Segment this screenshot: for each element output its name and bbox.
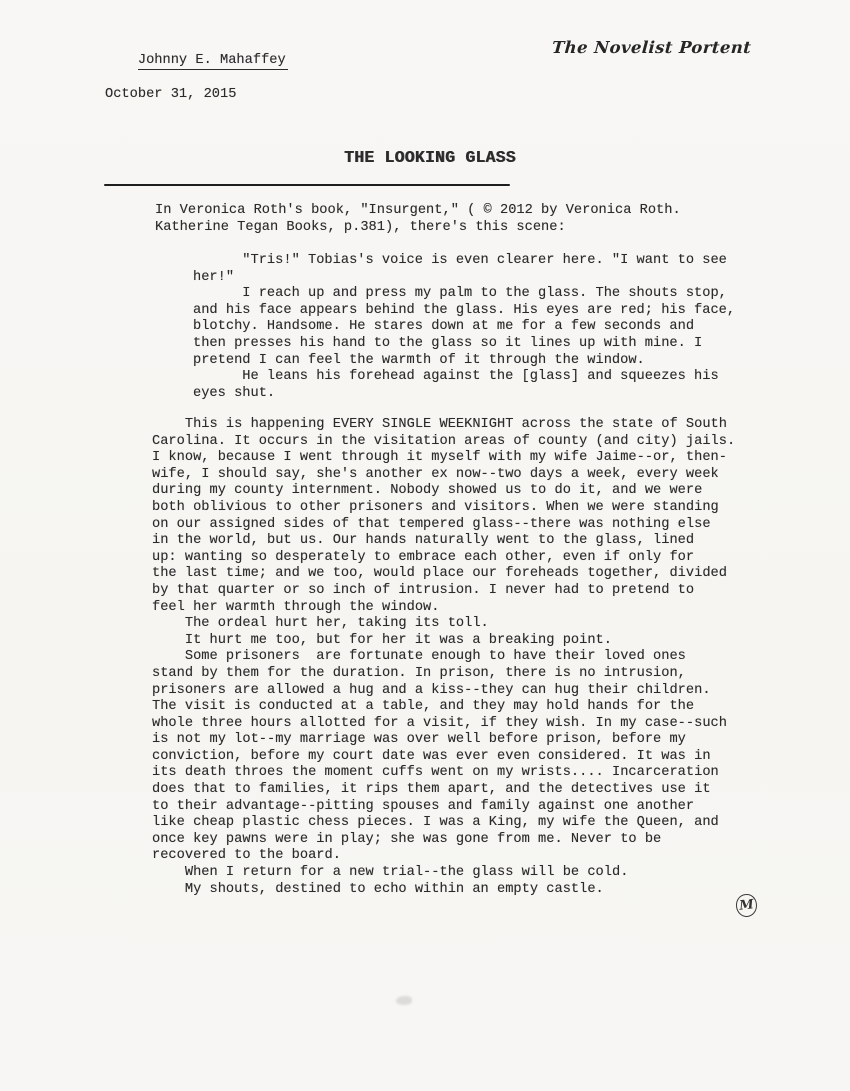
scan-smudge xyxy=(396,996,412,1005)
document-date: October 31, 2015 xyxy=(105,87,288,104)
monogram-initial: M xyxy=(739,897,755,913)
series-title: The Novelist Portent xyxy=(551,38,752,57)
intro-paragraph: In Veronica Roth's book, "Insurgent," ( … xyxy=(155,203,681,236)
essay-body: This is happening EVERY SINGLE WEEKNIGHT… xyxy=(152,417,735,898)
author-name: Johnny E. Mahaffey xyxy=(138,53,288,71)
scanned-typewritten-page: Johnny E. Mahaffey October 31, 2015 The … xyxy=(0,0,850,1091)
handwritten-monogram: M xyxy=(735,893,758,918)
title-underline-rule xyxy=(104,184,510,186)
book-excerpt-blockquote: "Tris!" Tobias's voice is even clearer h… xyxy=(193,253,735,402)
page-title: THE LOOKING GLASS xyxy=(344,150,516,167)
byline-block: Johnny E. Mahaffey October 31, 2015 xyxy=(105,36,288,137)
